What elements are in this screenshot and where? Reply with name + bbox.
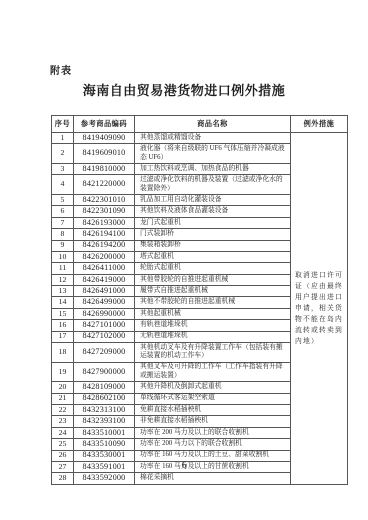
row-number-cell: 12	[52, 274, 74, 285]
row-number-cell: 6	[52, 206, 74, 217]
row-number-cell: 4	[52, 175, 74, 195]
commodity-name-cell: 过滤或净化饮料的机器及装置（过滤或净化水的装置除外）	[135, 175, 291, 195]
row-number-cell: 2	[52, 144, 74, 164]
commodity-name-cell: 棉花采摘机	[135, 473, 291, 484]
commodity-name-cell: 其他不带胶轮的自推进起重机械	[135, 297, 291, 308]
commodity-code-cell: 8419409090	[74, 133, 135, 144]
commodity-code-cell: 8419810000	[74, 163, 135, 174]
commodity-name-cell: 其他蒸馏或精馏设备	[135, 133, 291, 144]
annex-label: 附表	[50, 62, 72, 77]
page-title: 海南自由贸易港货物进口例外措施	[0, 80, 368, 99]
commodity-code-cell: 8432313100	[74, 405, 135, 416]
commodity-code-cell: 8419609010	[74, 144, 135, 164]
commodity-name-cell: 其他带胶轮的自推进起重机械	[135, 274, 291, 285]
row-number-cell: 22	[52, 405, 74, 416]
commodity-code-cell: 8426419000	[74, 274, 135, 285]
commodity-code-cell: 8433592000	[74, 473, 135, 484]
commodity-name-cell: 加工热饮料或烹调、加热食品的机器	[135, 163, 291, 174]
table-header-row: 序号 参考商品编码 商品名称 例外措施	[52, 116, 348, 133]
row-number-cell: 13	[52, 286, 74, 297]
row-number-cell: 16	[52, 320, 74, 331]
commodity-name-cell: 免耕直接水稻插秧机	[135, 405, 291, 416]
commodity-name-cell: 功率在 200 马力以下的联合收割机	[135, 439, 291, 450]
header-commodity-code: 参考商品编码	[74, 116, 135, 133]
page-number: 6	[0, 460, 368, 470]
row-number-cell: 7	[52, 217, 74, 228]
commodity-name-cell: 液化器（将来自级联的 UF6 气体压缩并冷凝成液态 UF6）	[135, 144, 291, 164]
commodity-code-cell: 8426491000	[74, 286, 135, 297]
commodity-name-cell: 集装箱装卸桥	[135, 240, 291, 251]
row-number-cell: 9	[52, 240, 74, 251]
row-number-cell: 10	[52, 251, 74, 262]
document-page: 附表 海南自由贸易港货物进口例外措施 序号 参考商品编码 商品名称 例外措施 1…	[0, 0, 368, 520]
commodity-name-cell: 有轨巷道堆垛机	[135, 320, 291, 331]
commodity-code-cell: 8426411000	[74, 263, 135, 274]
commodity-code-cell: 8433510090	[74, 439, 135, 450]
commodity-name-cell: 其他升降机及倒卸式起重机	[135, 382, 291, 393]
row-number-cell: 18	[52, 343, 74, 363]
commodity-name-cell: 龙门式起重机	[135, 217, 291, 228]
commodity-name-cell: 无轨巷道堆垛机	[135, 331, 291, 342]
commodity-code-cell: 8426194100	[74, 229, 135, 240]
row-number-cell: 24	[52, 427, 74, 438]
table-body: 18419409090其他蒸馏或精馏设备取消进口许可证（应由最终用户提出进口申请…	[52, 133, 348, 485]
row-number-cell: 21	[52, 393, 74, 404]
commodity-name-cell: 塔式起重机	[135, 251, 291, 262]
commodity-name-cell: 功率在 200 马力及以上的联合收割机	[135, 427, 291, 438]
row-number-cell: 5	[52, 194, 74, 205]
commodity-code-cell: 8427209000	[74, 343, 135, 363]
commodity-name-cell: 其他叉车及可升降的工作车（工作车指装有升降或搬运装置）	[135, 362, 291, 382]
commodity-code-cell: 8433510001	[74, 427, 135, 438]
row-number-cell: 17	[52, 331, 74, 342]
commodity-name-cell: 轮胎式起重机	[135, 263, 291, 274]
table-row: 18419409090其他蒸馏或精馏设备取消进口许可证（应由最终用户提出进口申请…	[52, 133, 348, 144]
commodity-code-cell: 8422301090	[74, 206, 135, 217]
commodity-code-cell: 8427101000	[74, 320, 135, 331]
commodity-code-cell: 8428109000	[74, 382, 135, 393]
commodity-code-cell: 8422301010	[74, 194, 135, 205]
commodity-code-cell: 8426193000	[74, 217, 135, 228]
commodity-code-cell: 8426194200	[74, 240, 135, 251]
row-number-cell: 11	[52, 263, 74, 274]
commodity-code-cell: 8427102000	[74, 331, 135, 342]
row-number-cell: 25	[52, 439, 74, 450]
commodity-name-cell: 其他起重机械	[135, 308, 291, 319]
row-number-cell: 14	[52, 297, 74, 308]
row-number-cell: 8	[52, 229, 74, 240]
row-number-cell: 20	[52, 382, 74, 393]
row-number-cell: 1	[52, 133, 74, 144]
commodity-code-cell: 8426499000	[74, 297, 135, 308]
commodity-code-cell: 8428602100	[74, 393, 135, 404]
commodity-name-cell: 履带式自推进起重机械	[135, 286, 291, 297]
row-number-cell: 19	[52, 362, 74, 382]
commodity-name-cell: 乳品加工用自动化灌装设备	[135, 194, 291, 205]
commodity-name-cell: 其他饮料及液体食品灌装设备	[135, 206, 291, 217]
header-exception-measure: 例外措施	[291, 116, 348, 133]
exception-measure-cell: 取消进口许可证（应由最终用户提出进口申请，相关货物不能在岛内流转或转卖到内地）	[291, 133, 348, 485]
commodity-name-cell: 其他机动叉车及有升降装置工作车（包括装有搬运装置的机动工作车）	[135, 343, 291, 363]
row-number-cell: 23	[52, 416, 74, 427]
table-header: 序号 参考商品编码 商品名称 例外措施	[52, 116, 348, 133]
measures-table: 序号 参考商品编码 商品名称 例外措施 18419409090其他蒸馏或精馏设备…	[51, 115, 348, 485]
row-number-cell: 28	[52, 473, 74, 484]
header-commodity-name: 商品名称	[135, 116, 291, 133]
commodity-code-cell: 8427900000	[74, 362, 135, 382]
commodity-code-cell: 8426990000	[74, 308, 135, 319]
row-number-cell: 15	[52, 308, 74, 319]
header-serial-number: 序号	[52, 116, 74, 133]
commodity-code-cell: 8432393100	[74, 416, 135, 427]
commodity-name-cell: 单线循环式客运架空索道	[135, 393, 291, 404]
commodity-name-cell: 非免耕直接水稻插秧机	[135, 416, 291, 427]
commodity-code-cell: 8421220000	[74, 175, 135, 195]
commodity-name-cell: 门式装卸桥	[135, 229, 291, 240]
commodity-code-cell: 8426200000	[74, 251, 135, 262]
row-number-cell: 3	[52, 163, 74, 174]
measures-table-container: 序号 参考商品编码 商品名称 例外措施 18419409090其他蒸馏或精馏设备…	[51, 115, 347, 485]
